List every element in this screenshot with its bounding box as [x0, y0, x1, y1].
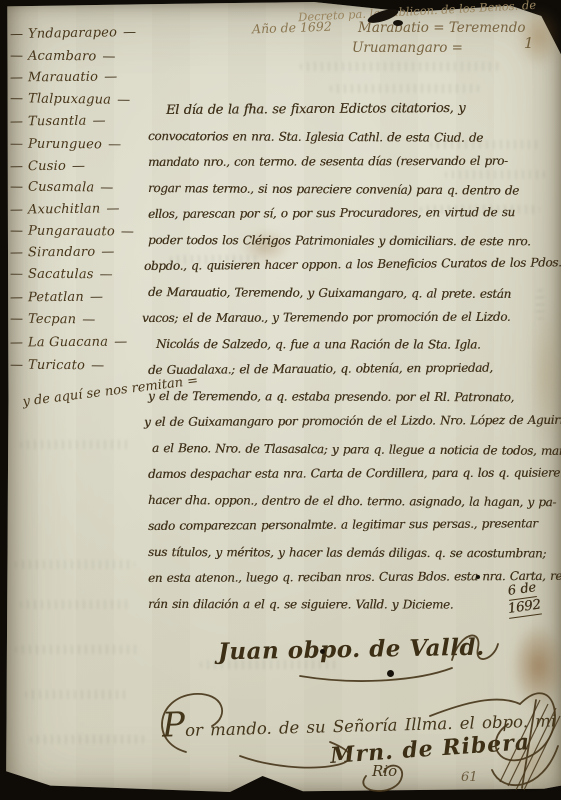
margin-item-label: Marauatio — [28, 70, 98, 86]
ink-dot — [387, 670, 394, 677]
body-line: hacer dha. oppon., dentro de el dho. ter… — [148, 493, 556, 509]
body-line: de Guadalaxa.; el de Marauatio, q. obten… — [148, 361, 493, 377]
margin-dash: — — [10, 91, 22, 106]
margin-dash: — — [10, 223, 22, 238]
margin-dash: — — [10, 358, 22, 373]
bleed-through — [20, 600, 130, 609]
margin-dash: — — [123, 25, 135, 40]
bleed-through — [300, 62, 500, 71]
bleed-through — [25, 690, 130, 699]
header-places-note-2: Uruamangaro = — [352, 40, 463, 56]
bleed-through — [15, 560, 135, 569]
margin-dash: — — [10, 203, 22, 218]
bleed-through — [15, 645, 140, 654]
body-line: en esta atenon., luego q. reciban nros. … — [148, 569, 561, 585]
margin-item: —Tusantla— — [10, 114, 105, 130]
margin-dash: — — [10, 335, 22, 350]
bleed-through — [330, 84, 480, 93]
body-line: damos despachar esta nra. Carta de Cordi… — [148, 466, 561, 481]
margin-dash: — — [106, 201, 118, 216]
margin-item-label: Pungarauato — [28, 224, 115, 240]
margin-dash: — — [10, 137, 22, 152]
margin-dash: — — [10, 27, 22, 42]
body-line: y el de Guixamangaro por promoción de el… — [144, 413, 561, 429]
margin-dash: — — [10, 159, 22, 174]
manuscript-photo: { "document_type": "17th-century manuscr… — [0, 0, 561, 800]
margin-item-label: Purungueo — [28, 137, 102, 153]
body-line: a el Beno. Nro. de Tlasasalca; y para q.… — [152, 441, 561, 458]
margin-item: —Pungarauato— — [10, 223, 133, 239]
body-line: de Marauatio, Teremendo, y Guixamangaro,… — [148, 285, 511, 301]
ink-dot — [476, 575, 480, 579]
margin-item: —La Guacana— — [10, 334, 126, 350]
body-line: mandato nro., con termo. de sesenta días… — [148, 154, 508, 169]
bishop-signature: Juan obpo. de Valld. — [218, 634, 485, 666]
body-line: y el de Teremendo, a q. estaba presendo.… — [148, 389, 514, 404]
margin-dash: — — [10, 245, 22, 260]
margin-item-label: Tlalpuxagua — [28, 91, 111, 107]
margin-item-label: Tecpan — [28, 312, 76, 328]
margin-dash: — — [108, 137, 120, 152]
header-places-note: Marabatio = Teremendo — [358, 20, 525, 36]
body-line: convocatorios en nra. Sta. Iglesia Cathl… — [148, 129, 483, 145]
margin-dash: — — [121, 224, 133, 239]
bleed-through — [445, 170, 545, 179]
margin-item: —Sirandaro— — [10, 245, 113, 261]
margin-dash: — — [10, 267, 22, 282]
body-line: rogar mas termo., si nos pareciere conve… — [148, 181, 519, 198]
body-line: rán sin dilación a el q. se siguiere. Va… — [148, 597, 453, 612]
margin-dash: — — [101, 245, 113, 260]
bleed-through — [30, 735, 145, 744]
margin-item: —Acambaro— — [10, 49, 115, 65]
margin-item: —Cusio— — [10, 159, 84, 175]
margin-dash: — — [10, 114, 22, 129]
signature-rubric-tail: Rio — [372, 762, 397, 780]
margin-dash: — — [102, 49, 114, 64]
margin-item: —Cusamala— — [10, 179, 112, 195]
body-line: Nicolás de Salzedo, q. fue a una Ración … — [156, 337, 480, 352]
margin-dash: — — [100, 267, 112, 282]
margin-item-label: Sacatulas — [28, 267, 94, 282]
margin-dash: — — [10, 290, 22, 305]
margin-item: —Tecpan— — [10, 312, 94, 328]
margin-item-label: Acambaro — [28, 49, 97, 65]
body-line: ellos, parescan por sí, o por sus Procur… — [148, 205, 515, 221]
margin-item: —Yndaparapeo— — [10, 25, 135, 42]
margin-dash: — — [72, 159, 84, 174]
ink-dot — [320, 649, 325, 654]
margin-dash: — — [104, 70, 116, 85]
margin-dash: — — [100, 180, 112, 195]
body-line: El día de la fha. se fixaron Edictos cit… — [166, 101, 465, 118]
margin-dash: — — [10, 70, 22, 85]
bleed-through — [20, 440, 130, 449]
margin-item-label: Cusio — [28, 159, 66, 174]
body-line: sado comparezcan personalmte. a legitima… — [148, 516, 538, 533]
margin-item-label: La Guacana — [28, 335, 108, 351]
margin-dash: — — [10, 312, 22, 327]
margin-item-label: Sirandaro — [28, 245, 95, 261]
margin-dash: — — [90, 290, 102, 305]
photo-background: Decreto pa. la publicon. de los Benos. d… — [0, 0, 561, 800]
margin-dash: — — [114, 334, 126, 349]
margin-dash: — — [92, 114, 104, 129]
margin-item: —Turicato— — [10, 358, 103, 374]
margin-item: —Petatlan— — [10, 290, 102, 306]
margin-item-label: Cusamala — [28, 180, 94, 196]
margin-item: —Sacatulas— — [10, 267, 112, 283]
margin-item: —Axuchitlan— — [10, 201, 119, 217]
margin-item-label: Axuchitlan — [28, 202, 101, 218]
margin-dash: — — [117, 93, 129, 108]
margin-dash: — — [82, 312, 94, 327]
body-line: poder todos los Clérigos Patrimoniales y… — [148, 233, 531, 248]
margin-item: —Tlalpuxagua— — [10, 91, 129, 108]
folio-number-bottom: 61 — [461, 770, 478, 785]
folio-number-top: 1 — [524, 34, 534, 52]
margin-dash: — — [91, 358, 103, 373]
margin-dash: — — [10, 49, 22, 64]
margin-item-label: Turicato — [28, 358, 85, 373]
margin-item-label: Yndaparapeo — [28, 25, 117, 42]
body-line: sus títulos, y méritos, y hacer las demá… — [148, 545, 546, 560]
margin-item: —Purungueo— — [10, 137, 120, 153]
margin-item-label: Tusantla — [28, 114, 87, 130]
bleed-through — [536, 290, 545, 320]
header-year-note: Año de 1692 — [252, 19, 332, 37]
margin-item: —Marauatio— — [10, 70, 116, 86]
margin-dash: — — [10, 179, 22, 194]
margin-item-label: Petatlan — [28, 290, 84, 305]
body-line: vacos; el de Marauo., y Teremendo por pr… — [142, 310, 510, 325]
